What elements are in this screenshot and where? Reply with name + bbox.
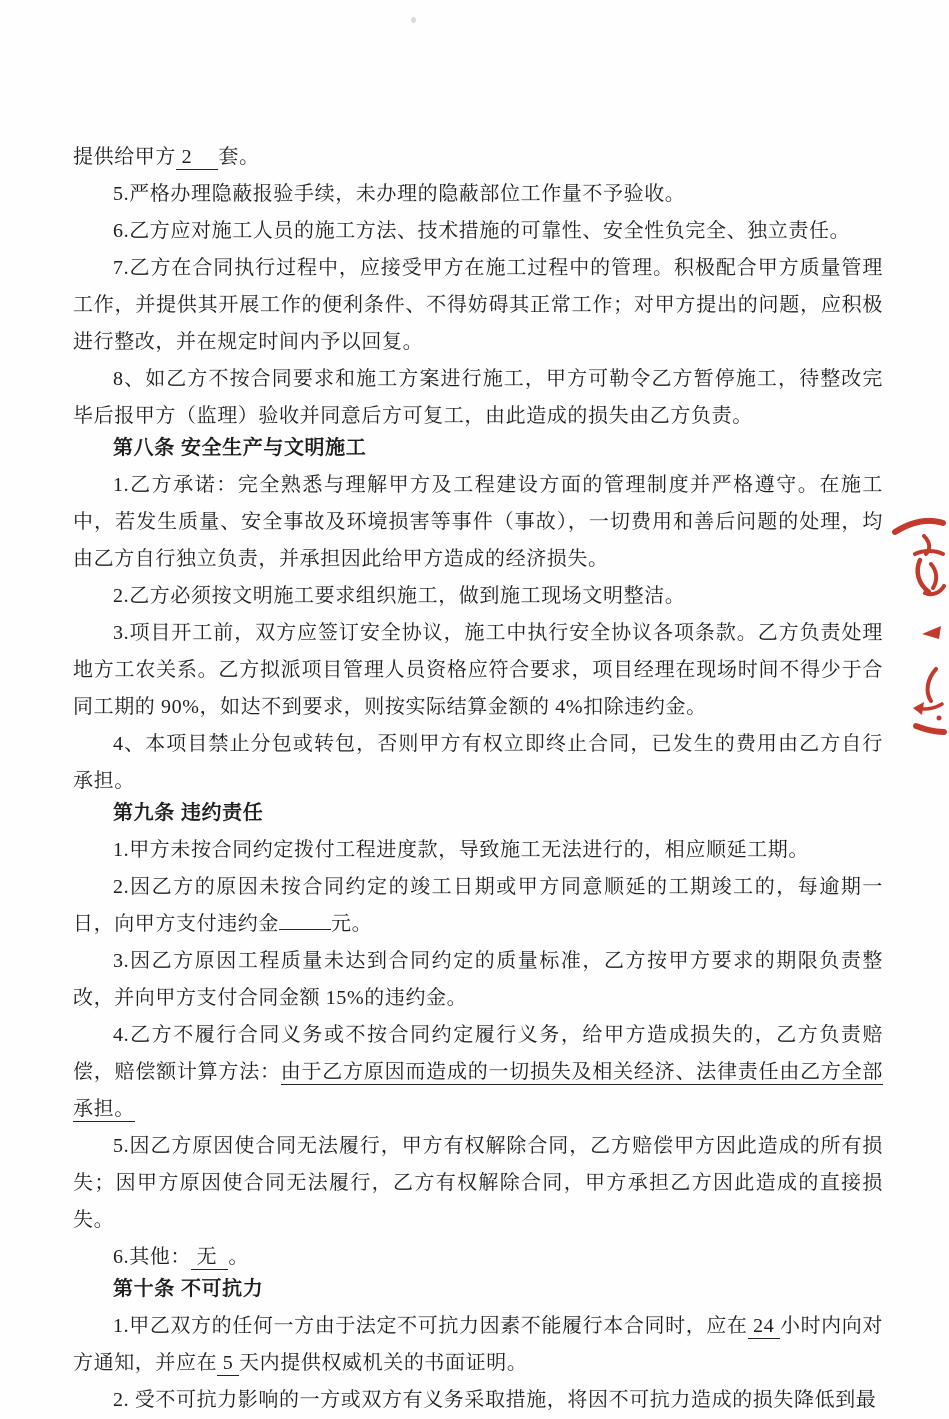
text-run: 套。: [218, 146, 259, 168]
text-run: 3.项目开工前，双方应签订安全协议，施工中执行安全协议各项条款。乙方负责处理地方…: [73, 622, 883, 718]
text-run: 2.因乙方的原因未按合同约定的竣工日期或甲方同意顺延的工期竣工的，每逾期一日，向…: [73, 876, 883, 935]
text-run: 7.乙方在合同执行过程中，应接受甲方在施工过程中的管理。积极配合甲方质量管理工作…: [73, 257, 883, 353]
clause9-item3: 3.因乙方原因工程质量未达到合同约定的质量标准，乙方按甲方要求的期限负责整改，并…: [73, 943, 883, 1017]
text-run: 4、本项目禁止分包或转包，否则甲方有权立即终止合同，已发生的费用由乙方自行承担。: [73, 733, 883, 792]
clause8-item1: 1.乙方承诺：完全熟悉与理解甲方及工程建设方面的管理制度并严格遵守。在施工中，若…: [73, 467, 883, 578]
clause-heading-8: 第八条 安全生产与文明施工: [73, 430, 883, 467]
text-run: 6.其他：: [113, 1246, 191, 1268]
text-run: 3.因乙方原因工程质量未达到合同约定的质量标准，乙方按甲方要求的期限负责整改，并…: [73, 950, 883, 1009]
filled-blank: 5: [217, 1352, 239, 1376]
text-run: 。: [228, 1246, 249, 1268]
red-arrow-mark: [921, 625, 943, 641]
text-run: 2. 受不可抗力影响的一方或双方有义务采取措施，将因不可抗力造成的损失降低到最: [113, 1389, 876, 1411]
clause10-item2: 2. 受不可抗力影响的一方或双方有义务采取措施，将因不可抗力造成的损失降低到最: [73, 1382, 883, 1419]
continuation-line: 提供给甲方 2 套。: [73, 139, 883, 176]
clause10-item1: 1.甲乙双方的任何一方由于法定不可抗力因素不能履行本合同时，应在 24 小时内向…: [73, 1308, 883, 1382]
clause7-item8: 8、如乙方不按合同要求和施工方案进行施工，甲方可勒令乙方暂停施工，待整改完毕后报…: [73, 361, 883, 435]
clause-heading-10: 第十条 不可抗力: [73, 1271, 883, 1308]
clause7-item6: 6.乙方应对施工人员的施工方法、技术措施的可靠性、安全性负完全、独立责任。: [73, 213, 883, 250]
filled-blank: 24: [748, 1315, 780, 1339]
clause-heading-9: 第九条 违约责任: [73, 795, 883, 832]
contract-body: 提供给甲方 2 套。5.严格办理隐蔽报验手续，未办理的隐蔽部位工作量不予验收。6…: [73, 139, 883, 1419]
text-run: 5.因乙方原因使合同无法履行，甲方有权解除合同，乙方赔偿甲方因此造成的所有损失；…: [73, 1135, 883, 1231]
clause8-item4: 4、本项目禁止分包或转包，否则甲方有权立即终止合同，已发生的费用由乙方自行承担。: [73, 726, 883, 800]
text-run: 1.甲乙双方的任何一方由于法定不可抗力因素不能履行本合同时，应在: [113, 1315, 748, 1337]
filled-blank: 2: [176, 146, 218, 170]
filled-blank: [279, 909, 331, 930]
text-run: 5.严格办理隐蔽报验手续，未办理的隐蔽部位工作量不予验收。: [113, 183, 685, 205]
clause8-item3: 3.项目开工前，双方应签订安全协议，施工中执行安全协议各项条款。乙方负责处理地方…: [73, 615, 883, 726]
text-run: 提供给甲方: [73, 146, 176, 168]
contract-page: 提供给甲方 2 套。5.严格办理隐蔽报验手续，未办理的隐蔽部位工作量不予验收。6…: [0, 0, 949, 1419]
red-character-mark: [891, 514, 949, 600]
text-run: 1.甲方未按合同约定拨付工程进度款，导致施工无法进行的，相应顺延工期。: [113, 839, 809, 861]
clause9-item2: 2.因乙方的原因未按合同约定的竣工日期或甲方同意顺延的工期竣工的，每逾期一日，向…: [73, 869, 883, 943]
red-check-mark: [912, 666, 949, 736]
text-run: 第九条 违约责任: [113, 802, 263, 824]
text-run: 第十条 不可抗力: [113, 1278, 263, 1300]
text-run: 第八条 安全生产与文明施工: [113, 437, 366, 459]
filled-blank: 无: [191, 1246, 228, 1270]
clause9-item5: 5.因乙方原因使合同无法履行，甲方有权解除合同，乙方赔偿甲方因此造成的所有损失；…: [73, 1128, 883, 1239]
clause9-item1: 1.甲方未按合同约定拨付工程进度款，导致施工无法进行的，相应顺延工期。: [73, 832, 883, 869]
text-run: 8、如乙方不按合同要求和施工方案进行施工，甲方可勒令乙方暂停施工，待整改完毕后报…: [73, 368, 883, 427]
clause7-item5: 5.严格办理隐蔽报验手续，未办理的隐蔽部位工作量不予验收。: [73, 176, 883, 213]
text-run: 1.乙方承诺：完全熟悉与理解甲方及工程建设方面的管理制度并严格遵守。在施工中，若…: [73, 474, 883, 570]
clause8-item2: 2.乙方必须按文明施工要求组织施工，做到施工现场文明整洁。: [73, 578, 883, 615]
text-run: 天内提供权威机关的书面证明。: [239, 1352, 527, 1374]
clause7-item7: 7.乙方在合同执行过程中，应接受甲方在施工过程中的管理。积极配合甲方质量管理工作…: [73, 250, 883, 361]
text-run: 元。: [331, 913, 372, 935]
text-run: 2.乙方必须按文明施工要求组织施工，做到施工现场文明整洁。: [113, 585, 685, 607]
clause9-item4: 4.乙方不履行合同义务或不按合同约定履行义务，给甲方造成损失的，乙方负责赔偿，赔…: [73, 1017, 883, 1128]
text-run: 6.乙方应对施工人员的施工方法、技术措施的可靠性、安全性负完全、独立责任。: [113, 220, 850, 242]
scan-speck: [411, 17, 416, 23]
